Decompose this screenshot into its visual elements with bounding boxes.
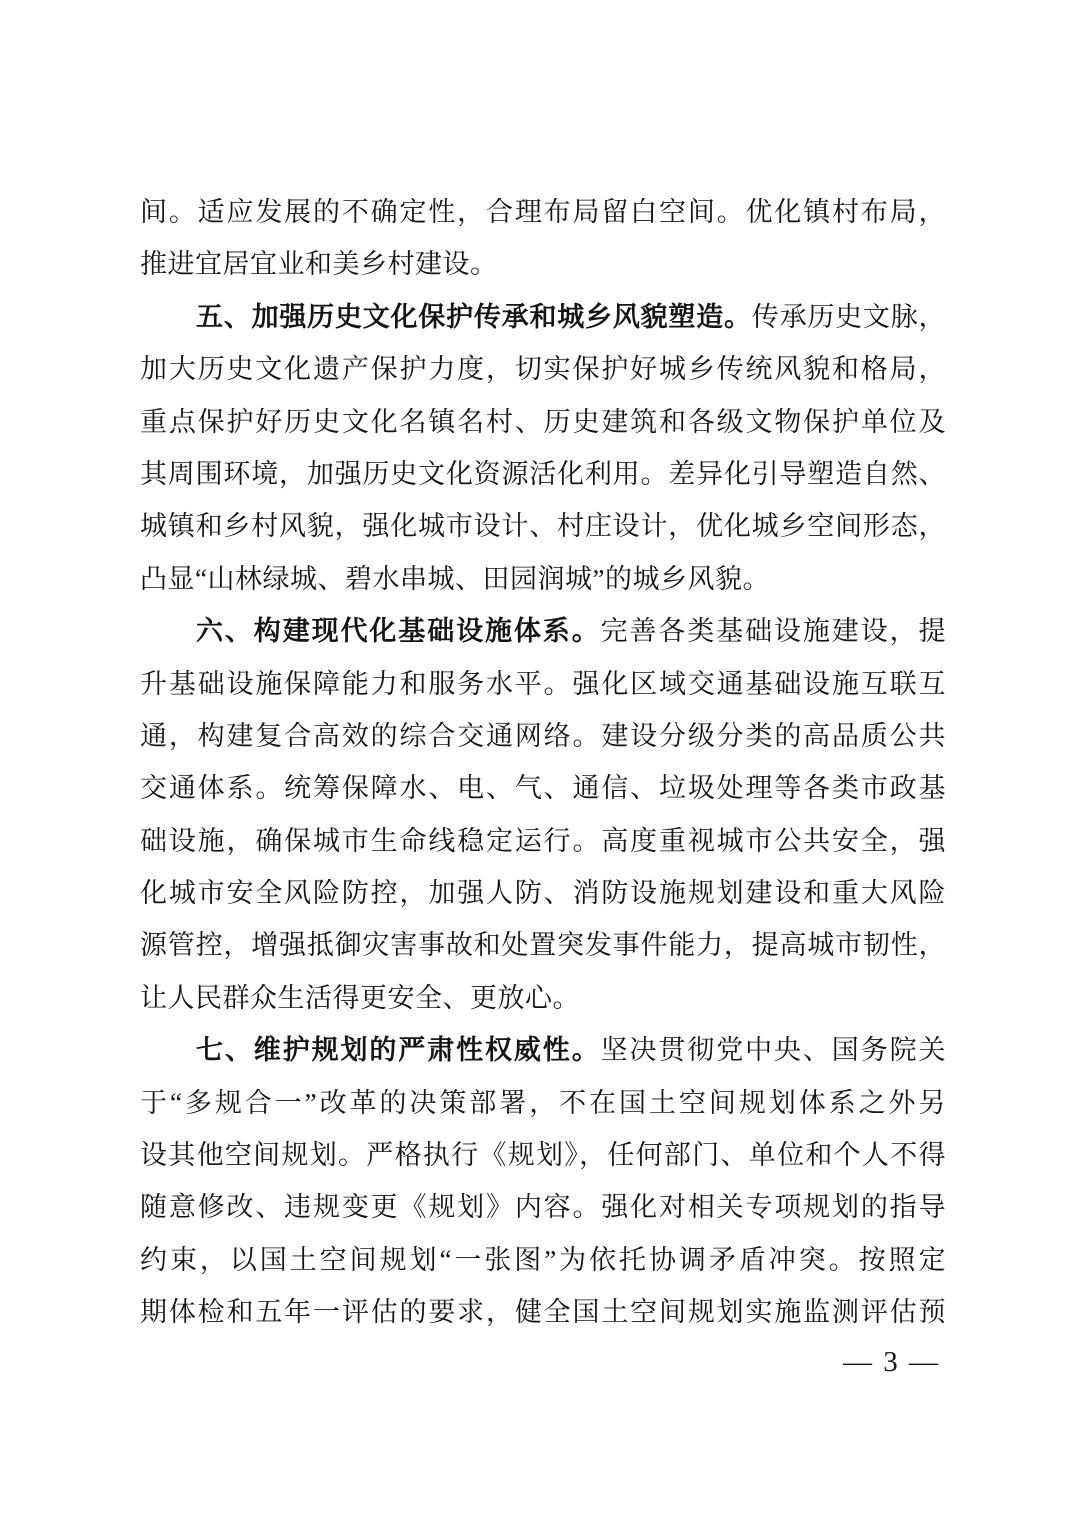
body-text: 交通体系。统筹保障水、电、气、通信、垃圾处理等各类市政基 [140,773,946,803]
text-line: 其周围环境，加强历史文化资源活化利用。差异化引导塑造自然、 [140,448,946,500]
text-line: 源管控，增强抵御灾害事故和处置突发事件能力，提高城市韧性， [140,919,946,971]
body-text: 让人民群众生活得更安全、更放心。 [140,983,580,1013]
body-text: 升基础设施保障能力和服务水平。强化区域交通基础设施互联互 [140,669,946,699]
text-line: 随意修改、违规变更《规划》内容。强化对相关专项规划的指导 [140,1181,946,1233]
body-text: 传承历史文脉， [752,302,946,332]
text-line: 加大历史文化遗产保护力度，切实保护好城乡传统风貌和格局， [140,343,946,395]
body-text: 化城市安全风险防控，加强人防、消防设施规划建设和重大风险 [140,878,946,908]
body-text: 间。适应发展的不确定性，合理布局留白空间。优化镇村布局， [140,197,946,227]
text-line: 重点保护好历史文化名镇名村、历史建筑和各级文物保护单位及 [140,396,946,448]
document-page: 间。适应发展的不确定性，合理布局留白空间。优化镇村布局，推进宜居宜业和美乡村建设… [0,0,1074,1520]
text-line: 让人民群众生活得更安全、更放心。 [140,972,946,1024]
body-text: 通，构建复合高效的综合交通网络。建设分级分类的高品质公共 [140,721,946,751]
text-line: 城镇和乡村风貌，强化城市设计、村庄设计，优化城乡空间形态， [140,500,946,552]
text-line: 间。适应发展的不确定性，合理布局留白空间。优化镇村布局， [140,186,946,238]
body-text: 期体检和五年一评估的要求，健全国土空间规划实施监测评估预 [140,1297,946,1327]
text-line: 七、维护规划的严肃性权威性。坚决贯彻党中央、国务院关 [140,1024,946,1076]
text-line: 期体检和五年一评估的要求，健全国土空间规划实施监测评估预 [140,1286,946,1338]
body-text: 坚决贯彻党中央、国务院关 [601,1035,946,1065]
text-line: 于“多规合一”改革的决策部署，不在国土空间规划体系之外另 [140,1077,946,1129]
document-body: 间。适应发展的不确定性，合理布局留白空间。优化镇村布局，推进宜居宜业和美乡村建设… [140,186,946,1339]
body-text: 础设施，确保城市生命线稳定运行。高度重视城市公共安全，强 [140,826,946,856]
body-text: 其周围环境，加强历史文化资源活化利用。差异化引导塑造自然、 [140,459,946,489]
text-line: 推进宜居宜业和美乡村建设。 [140,238,946,290]
body-text: 约束，以国土空间规划“一张图”为依托协调矛盾冲突。按照定 [140,1245,946,1275]
text-line: 凸显“山林绿城、碧水串城、田园润城”的城乡风貌。 [140,553,946,605]
body-text: 重点保护好历史文化名镇名村、历史建筑和各级文物保护单位及 [140,407,946,437]
text-line: 通，构建复合高效的综合交通网络。建设分级分类的高品质公共 [140,710,946,762]
text-line: 升基础设施保障能力和服务水平。强化区域交通基础设施互联互 [140,658,946,710]
page-footer: — 3 — [843,1340,940,1384]
section-heading: 七、维护规划的严肃性权威性。 [196,1035,601,1065]
body-text: 加大历史文化遗产保护力度，切实保护好城乡传统风貌和格局， [140,354,946,384]
body-text: 随意修改、违规变更《规划》内容。强化对相关专项规划的指导 [140,1192,946,1222]
body-text: 于“多规合一”改革的决策部署，不在国土空间规划体系之外另 [140,1088,946,1118]
body-text: 完善各类基础设施建设，提 [601,616,946,646]
text-line: 设其他空间规划。严格执行《规划》，任何部门、单位和个人不得 [140,1129,946,1181]
text-line: 五、加强历史文化保护传承和城乡风貌塑造。传承历史文脉， [140,291,946,343]
body-text: 源管控，增强抵御灾害事故和处置突发事件能力，提高城市韧性， [140,930,946,960]
text-line: 约束，以国土空间规划“一张图”为依托协调矛盾冲突。按照定 [140,1234,946,1286]
body-text: 凸显“山林绿城、碧水串城、田园润城”的城乡风貌。 [140,564,770,594]
body-text: 推进宜居宜业和美乡村建设。 [140,249,498,279]
text-line: 础设施，确保城市生命线稳定运行。高度重视城市公共安全，强 [140,815,946,867]
section-heading: 五、加强历史文化保护传承和城乡风貌塑造。 [196,302,752,332]
section-heading: 六、构建现代化基础设施体系。 [196,616,601,646]
text-line: 交通体系。统筹保障水、电、气、通信、垃圾处理等各类市政基 [140,762,946,814]
page-number: — 3 — [843,1346,940,1378]
body-text: 城镇和乡村风貌，强化城市设计、村庄设计，优化城乡空间形态， [140,511,946,541]
text-line: 化城市安全风险防控，加强人防、消防设施规划建设和重大风险 [140,867,946,919]
text-line: 六、构建现代化基础设施体系。完善各类基础设施建设，提 [140,605,946,657]
body-text: 设其他空间规划。严格执行《规划》，任何部门、单位和个人不得 [140,1140,946,1170]
